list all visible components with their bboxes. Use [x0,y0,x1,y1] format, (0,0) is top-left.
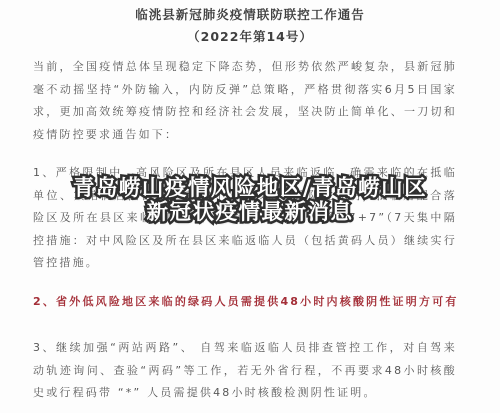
notice-title: 临洮县新冠肺炎疫情联防联控工作通告 [0,6,500,24]
watermark-headline: 青岛崂山疫情风险地区/青岛崂山区 青岛崂山疫情风险地区/青岛崂山区 新冠状疫情最… [0,177,500,225]
notice-document: 临洮县新冠肺炎疫情联防联控工作通告 （2022年第14号） 当前，全国疫情总体呈… [0,0,500,413]
notice-line: 毫不动摇坚持“外防输入，内防反弹”总策略，严格贯彻落实6月5日国家卫健委发布的“… [33,79,457,102]
notice-line: 管控措施。 [33,252,457,275]
watermark-headline-line1: 青岛崂山疫情风险地区/青岛崂山区 青岛崂山疫情风险地区/青岛崂山区 [0,177,500,201]
watermark-text: 新冠状疫情最新消息 [146,200,353,225]
notice-line-red: 2、省外低风险地区来临的绿码人员需提供48小时内核酸阴性证明方可有序流动。 [33,291,457,314]
notice-line: 3、继续加强“两站两路”、 自驾来临返临人员排查管控工作，对自驾来临返临人员逐车… [33,337,457,360]
intro-paragraph: 当前，全国疫情总体呈现稳定下降态势，但形势依然严峻复杂，县新冠肺炎疫情联防联控领… [33,56,457,146]
notice-issue-number: （2022年第14号） [0,28,500,46]
notice-line: 求，更加高效统筹疫情防控和经济社会发展，坚决防止简单化、一刀切和层层加码等现象，… [33,101,457,124]
rule-item-3: 3、继续加强“两站两路”、 自驾来临返临人员排查管控工作，对自驾来临返临人员逐车… [33,337,457,405]
watermark-headline-line2: 新冠状疫情最新消息 新冠状疫情最新消息 [0,201,500,225]
notice-line: 史或行程码带 “*” 人员需提供48小时核酸检测阴性证明。 [33,382,457,405]
notice-line: 动轨迹询问、查验“两码”等工作，若无外省行程，不再要求48小时核酸检测阴性证明，… [33,360,457,383]
watermark-text: 青岛崂山疫情风险地区/青岛崂山区 [73,176,427,201]
notice-line: 当前，全国疫情总体呈现稳定下降态势，但形势依然严峻复杂，县新冠肺炎疫情联防联控领… [33,56,457,79]
rule-item-2-highlighted: 2、省外低风险地区来临的绿码人员需提供48小时内核酸阴性证明方可有序流动。 [33,291,457,314]
notice-line: 疫情防控要求通告如下： [33,124,457,147]
notice-line: 控措施：对中风险区及所在县区来临返临人员（包括黄码人员）继续实行14天居家健康监… [33,230,457,253]
